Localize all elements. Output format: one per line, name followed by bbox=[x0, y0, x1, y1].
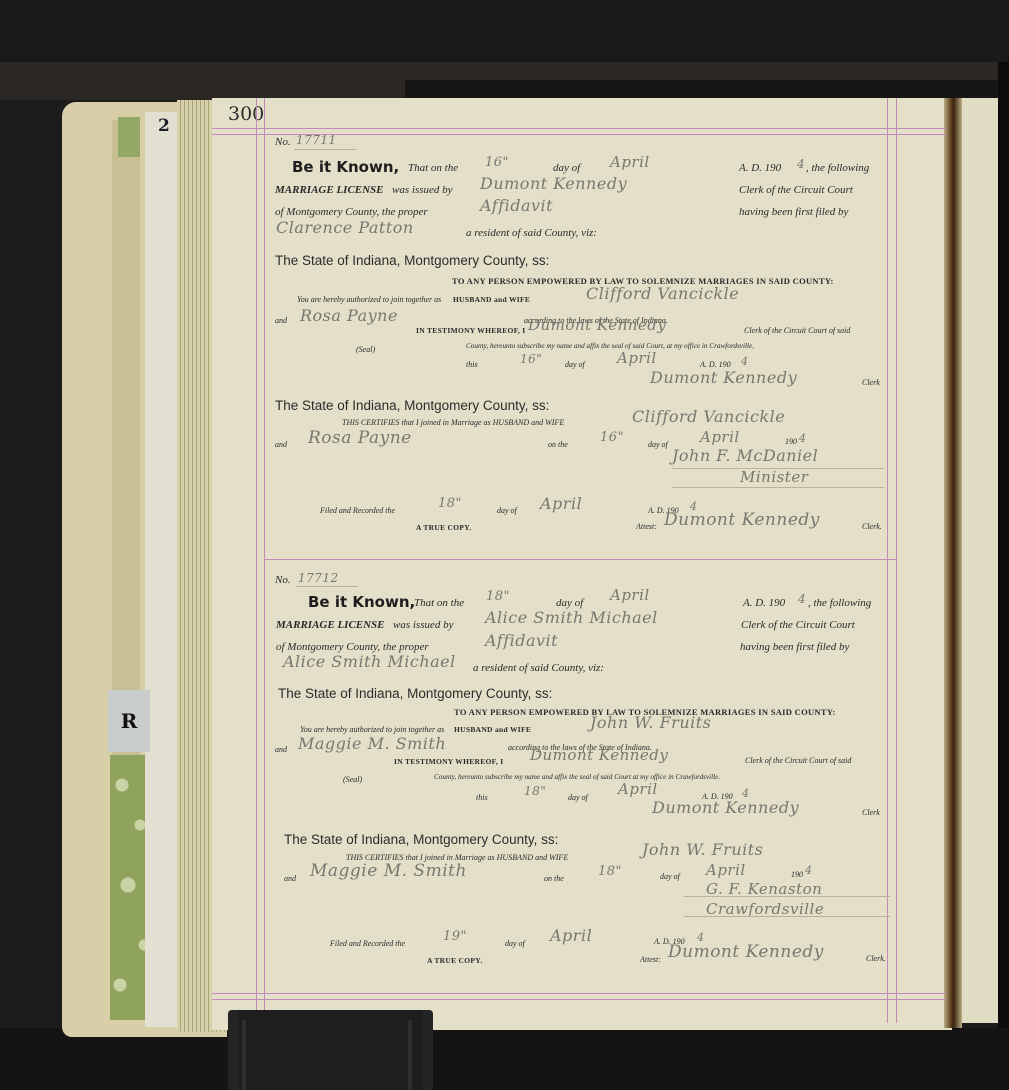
auth-day: 16" bbox=[520, 352, 542, 366]
record-number: 17711 bbox=[296, 133, 337, 147]
cert-year: 4 bbox=[799, 432, 807, 445]
marriage-license-label: MARRIAGE LICENSE bbox=[275, 184, 384, 196]
this-label: this bbox=[476, 793, 488, 802]
document-filed: Affidavit bbox=[480, 196, 553, 215]
background-top bbox=[0, 0, 1009, 62]
ad-text: A. D. 190 bbox=[739, 162, 781, 174]
record-no-label: No. bbox=[275, 136, 291, 148]
license-year: 4 bbox=[797, 157, 805, 171]
auth-year: 4 bbox=[741, 355, 749, 368]
attest-signature: Dumont Kennedy bbox=[664, 510, 820, 530]
testimony-clerk-name: Dumont Kennedy bbox=[528, 316, 666, 334]
testimony-clerk-name: Dumont Kennedy bbox=[530, 746, 668, 764]
officiant-title: Minister bbox=[740, 468, 808, 486]
auth-husband-name: John W. Fruits bbox=[590, 713, 711, 732]
following-text: , the following bbox=[808, 597, 871, 609]
filed-recorded-text: Filed and Recorded the bbox=[320, 506, 395, 515]
record-no-label: No. bbox=[275, 574, 291, 586]
margin-line-left-1 bbox=[256, 98, 257, 1010]
cert-husband-name: John W. Fruits bbox=[642, 840, 763, 859]
resident-text: a resident of said County, viz: bbox=[466, 227, 597, 239]
true-copy-text: A TRUE COPY. bbox=[416, 523, 472, 532]
filed-by-name: Clarence Patton bbox=[276, 218, 414, 237]
having-filed-text: having been first filed by bbox=[740, 641, 849, 653]
day-of-text: day of bbox=[553, 162, 580, 174]
license-day: 16" bbox=[485, 155, 509, 170]
clerk-of-said-text: Clerk of the Circuit Court of said bbox=[744, 326, 850, 335]
certifies-text: THIS CERTIFIES that I joined in Marriage… bbox=[342, 418, 564, 427]
marbled-endpaper-top bbox=[118, 117, 140, 157]
rule bbox=[684, 916, 890, 917]
background-bottom bbox=[0, 1028, 1009, 1090]
state-heading: The State of Indiana, Montgomery County,… bbox=[278, 686, 552, 701]
filing-day: 19" bbox=[443, 929, 467, 944]
next-page bbox=[962, 98, 998, 1023]
issued-by-text: was issued by bbox=[392, 184, 453, 196]
rule bbox=[294, 149, 356, 150]
license-day: 18" bbox=[486, 589, 510, 604]
testimony-text: IN TESTIMONY WHEREOF, I bbox=[416, 326, 525, 335]
day-of-text: day of bbox=[648, 440, 668, 449]
on-the-text: on the bbox=[548, 440, 568, 449]
following-text: , the following bbox=[806, 162, 869, 174]
clerk-label: Clerk. bbox=[866, 954, 886, 963]
cert-month: April bbox=[700, 428, 740, 446]
clerk-signature: Dumont Kennedy bbox=[650, 368, 797, 387]
record-number: 17712 bbox=[298, 571, 339, 585]
footer-line-2 bbox=[212, 999, 947, 1000]
index-tab[interactable]: R bbox=[108, 690, 150, 752]
seal-label: (Seal) bbox=[343, 775, 362, 784]
county-proper-text: of Montgomery County, the proper bbox=[275, 206, 428, 218]
be-it-known-heading: Be it Known, bbox=[292, 158, 399, 176]
state-heading: The State of Indiana, Montgomery County,… bbox=[275, 398, 549, 413]
filed-recorded-text: Filed and Recorded the bbox=[330, 939, 405, 948]
binder-clip bbox=[228, 1010, 433, 1090]
and-label: and bbox=[275, 745, 287, 754]
clerk-of-said-text: Clerk of the Circuit Court of said bbox=[745, 756, 851, 765]
attest-label: Attest: bbox=[636, 522, 657, 531]
cert-wife-name: Rosa Payne bbox=[308, 428, 412, 448]
previous-page bbox=[145, 112, 178, 1027]
and-label: and bbox=[284, 874, 296, 883]
rule bbox=[672, 487, 884, 488]
authorized-text: You are hereby authorized to join togeth… bbox=[300, 725, 444, 734]
issued-by-name: Dumont Kennedy bbox=[480, 174, 627, 193]
issued-by-text: was issued by bbox=[393, 619, 454, 631]
cert-month: April bbox=[706, 861, 746, 879]
filing-month: April bbox=[540, 494, 582, 513]
cert-husband-name: Clifford Vancickle bbox=[632, 407, 785, 426]
license-year: 4 bbox=[798, 592, 806, 606]
auth-wife-name: Maggie M. Smith bbox=[298, 734, 446, 753]
that-on-the-text: That on the bbox=[414, 597, 464, 609]
authorized-text: You are hereby authorized to join togeth… bbox=[297, 295, 441, 304]
filed-by-name: Alice Smith Michael bbox=[283, 652, 456, 671]
cert-wife-name: Maggie M. Smith bbox=[310, 861, 467, 881]
document-filed: Affidavit bbox=[485, 631, 558, 650]
filing-day: 18" bbox=[438, 496, 462, 511]
day-of-text: day of bbox=[565, 360, 585, 369]
auth-wife-name: Rosa Payne bbox=[300, 306, 398, 325]
officiant-name: John F. McDaniel bbox=[672, 446, 818, 465]
page-number: 300 bbox=[228, 103, 264, 125]
true-copy-text: A TRUE COPY. bbox=[427, 956, 483, 965]
resident-text: a resident of said County, viz: bbox=[473, 662, 604, 674]
margin-line-right-2 bbox=[896, 98, 897, 1023]
auth-month: April bbox=[617, 349, 657, 367]
having-filed-text: having been first filed by bbox=[739, 206, 848, 218]
subscribe-text: County, hereunto subscribe my name and a… bbox=[466, 342, 754, 350]
cert-day: 18" bbox=[598, 864, 622, 879]
state-heading: The State of Indiana, Montgomery County,… bbox=[284, 832, 558, 847]
rule bbox=[296, 586, 358, 587]
attest-signature: Dumont Kennedy bbox=[668, 942, 824, 962]
cert-year: 4 bbox=[805, 864, 813, 877]
book-gutter bbox=[944, 98, 962, 1028]
clerk-of-court-text: Clerk of the Circuit Court bbox=[739, 184, 853, 196]
record-divider bbox=[264, 559, 896, 560]
state-heading: The State of Indiana, Montgomery County,… bbox=[275, 253, 549, 268]
that-on-the-text: That on the bbox=[408, 162, 458, 174]
testimony-text: IN TESTIMONY WHEREOF, I bbox=[394, 757, 503, 766]
auth-day: 18" bbox=[524, 784, 546, 798]
be-it-known-heading: Be it Known, bbox=[308, 593, 415, 611]
this-label: this bbox=[466, 360, 478, 369]
margin-line-left-2 bbox=[264, 98, 265, 1010]
cert-day: 16" bbox=[600, 430, 624, 445]
clerk-label: Clerk bbox=[862, 808, 880, 817]
clerk-label: Clerk. bbox=[862, 522, 882, 531]
day-of-text: day of bbox=[505, 939, 525, 948]
previous-page-number: 2 bbox=[158, 116, 170, 136]
issued-by-name: Alice Smith Michael bbox=[485, 608, 658, 627]
background-right bbox=[998, 62, 1009, 1090]
footer-line-1 bbox=[212, 993, 947, 994]
husband-wife-label: HUSBAND and WIFE bbox=[453, 295, 530, 304]
header-line-1 bbox=[212, 128, 947, 129]
husband-wife-label: HUSBAND and WIFE bbox=[454, 725, 531, 734]
filing-month: April bbox=[550, 926, 592, 945]
day-of-text: day of bbox=[660, 872, 680, 881]
year-text: 190 bbox=[791, 870, 803, 879]
attest-label: Attest: bbox=[640, 955, 661, 964]
day-of-text: day of bbox=[497, 506, 517, 515]
year-text: 190 bbox=[785, 437, 797, 446]
license-month: April bbox=[610, 586, 650, 604]
subscribe-text: County, hereunto subscribe my name and a… bbox=[434, 773, 720, 781]
clerk-label: Clerk bbox=[862, 378, 880, 387]
and-label: and bbox=[275, 316, 287, 325]
clerk-of-court-text: Clerk of the Circuit Court bbox=[741, 619, 855, 631]
rule bbox=[684, 896, 890, 897]
license-month: April bbox=[610, 153, 650, 171]
marriage-license-label: MARRIAGE LICENSE bbox=[276, 619, 385, 631]
auth-husband-name: Clifford Vancickle bbox=[586, 284, 739, 303]
day-of-text: day of bbox=[568, 793, 588, 802]
and-label: and bbox=[275, 440, 287, 449]
margin-line-right-1 bbox=[887, 98, 888, 1023]
auth-month: April bbox=[618, 780, 658, 798]
ad-text: A. D. 190 bbox=[743, 597, 785, 609]
seal-label: (Seal) bbox=[356, 345, 375, 354]
on-the-text: on the bbox=[544, 874, 564, 883]
clerk-signature: Dumont Kennedy bbox=[652, 798, 799, 817]
